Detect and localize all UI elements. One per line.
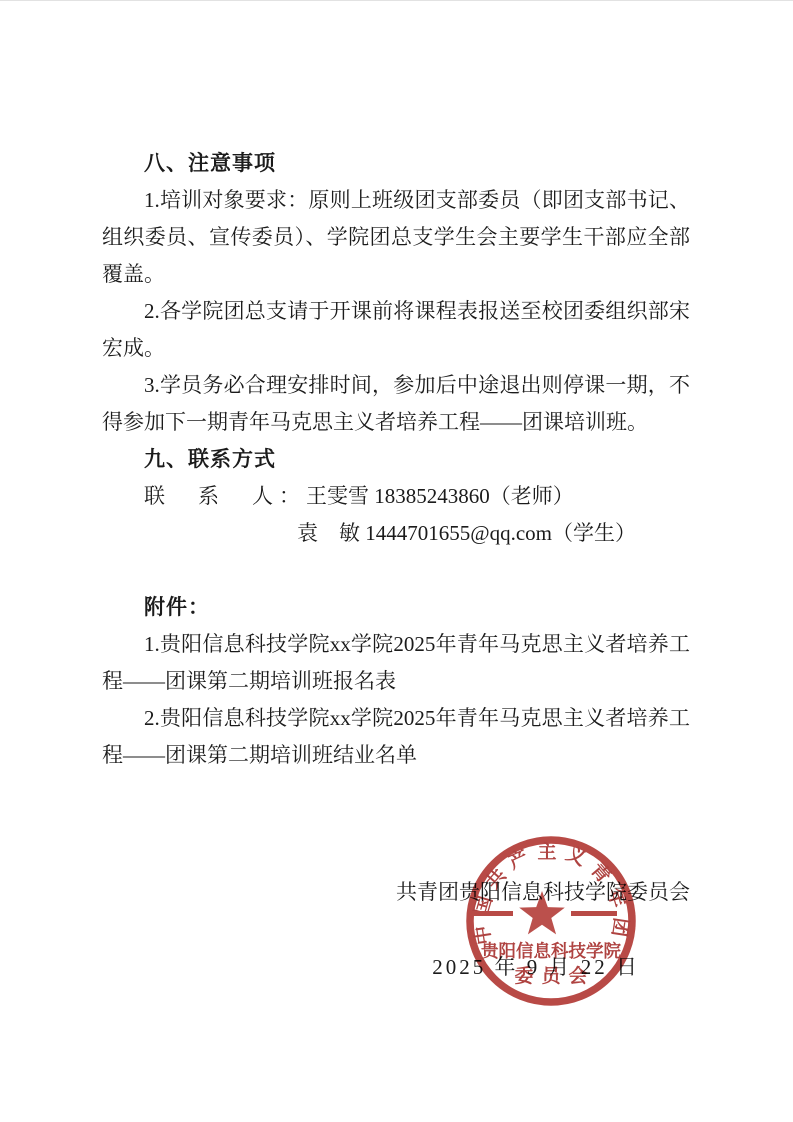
- contact-line-teacher: 联 系 人：王雯雪 18385243860（老师）: [102, 478, 690, 515]
- section-heading-contact: 九、联系方式: [102, 441, 690, 478]
- paragraph-note-1: 1.培训对象要求：原则上班级团支部委员（即团支部书记、组织委员、宣传委员）、学院…: [102, 182, 690, 293]
- contact-teacher-role: （老师）: [490, 484, 574, 508]
- blank-space: [102, 911, 690, 949]
- attachment-item-1: 1.贵阳信息科技学院xx学院2025年青年马克思主义者培养工程——团课第二期培训…: [102, 626, 690, 700]
- section-heading-notes: 八、注意事项: [102, 145, 690, 182]
- contact-label: 联 系 人：: [144, 484, 306, 508]
- document-page: 八、注意事项 1.培训对象要求：原则上班级团支部委员（即团支部书记、组织委员、宣…: [0, 0, 793, 1122]
- attachment-item-2: 2.贵阳信息科技学院xx学院2025年青年马克思主义者培养工程——团课第二期培训…: [102, 700, 690, 774]
- blank-line: [102, 552, 690, 589]
- contact-student-name: 袁 敏: [297, 521, 360, 545]
- document-body: 八、注意事项 1.培训对象要求：原则上班级团支部委员（即团支部书记、组织委员、宣…: [102, 1, 690, 986]
- blank-space: [102, 774, 690, 874]
- signature-line: 共青团贵阳信息科技学院委员会: [102, 874, 690, 911]
- contact-student-email: 1444701655@qq.com: [365, 521, 552, 545]
- date-line: 2025 年 9 月 22 日: [102, 949, 690, 986]
- attachments-heading: 附件：: [102, 589, 690, 626]
- contact-line-student: 袁 敏 1444701655@qq.com（学生）: [102, 515, 690, 552]
- paragraph-note-2: 2.各学院团总支请于开课前将课程表报送至校团委组织部宋宏成。: [102, 293, 690, 367]
- paragraph-note-3: 3.学员务必合理安排时间，参加后中途退出则停课一期，不得参加下一期青年马克思主义…: [102, 367, 690, 441]
- contact-teacher-name: 王雯雪: [306, 484, 369, 508]
- contact-teacher-phone: 18385243860: [374, 484, 490, 508]
- contact-student-role: （学生）: [552, 521, 636, 545]
